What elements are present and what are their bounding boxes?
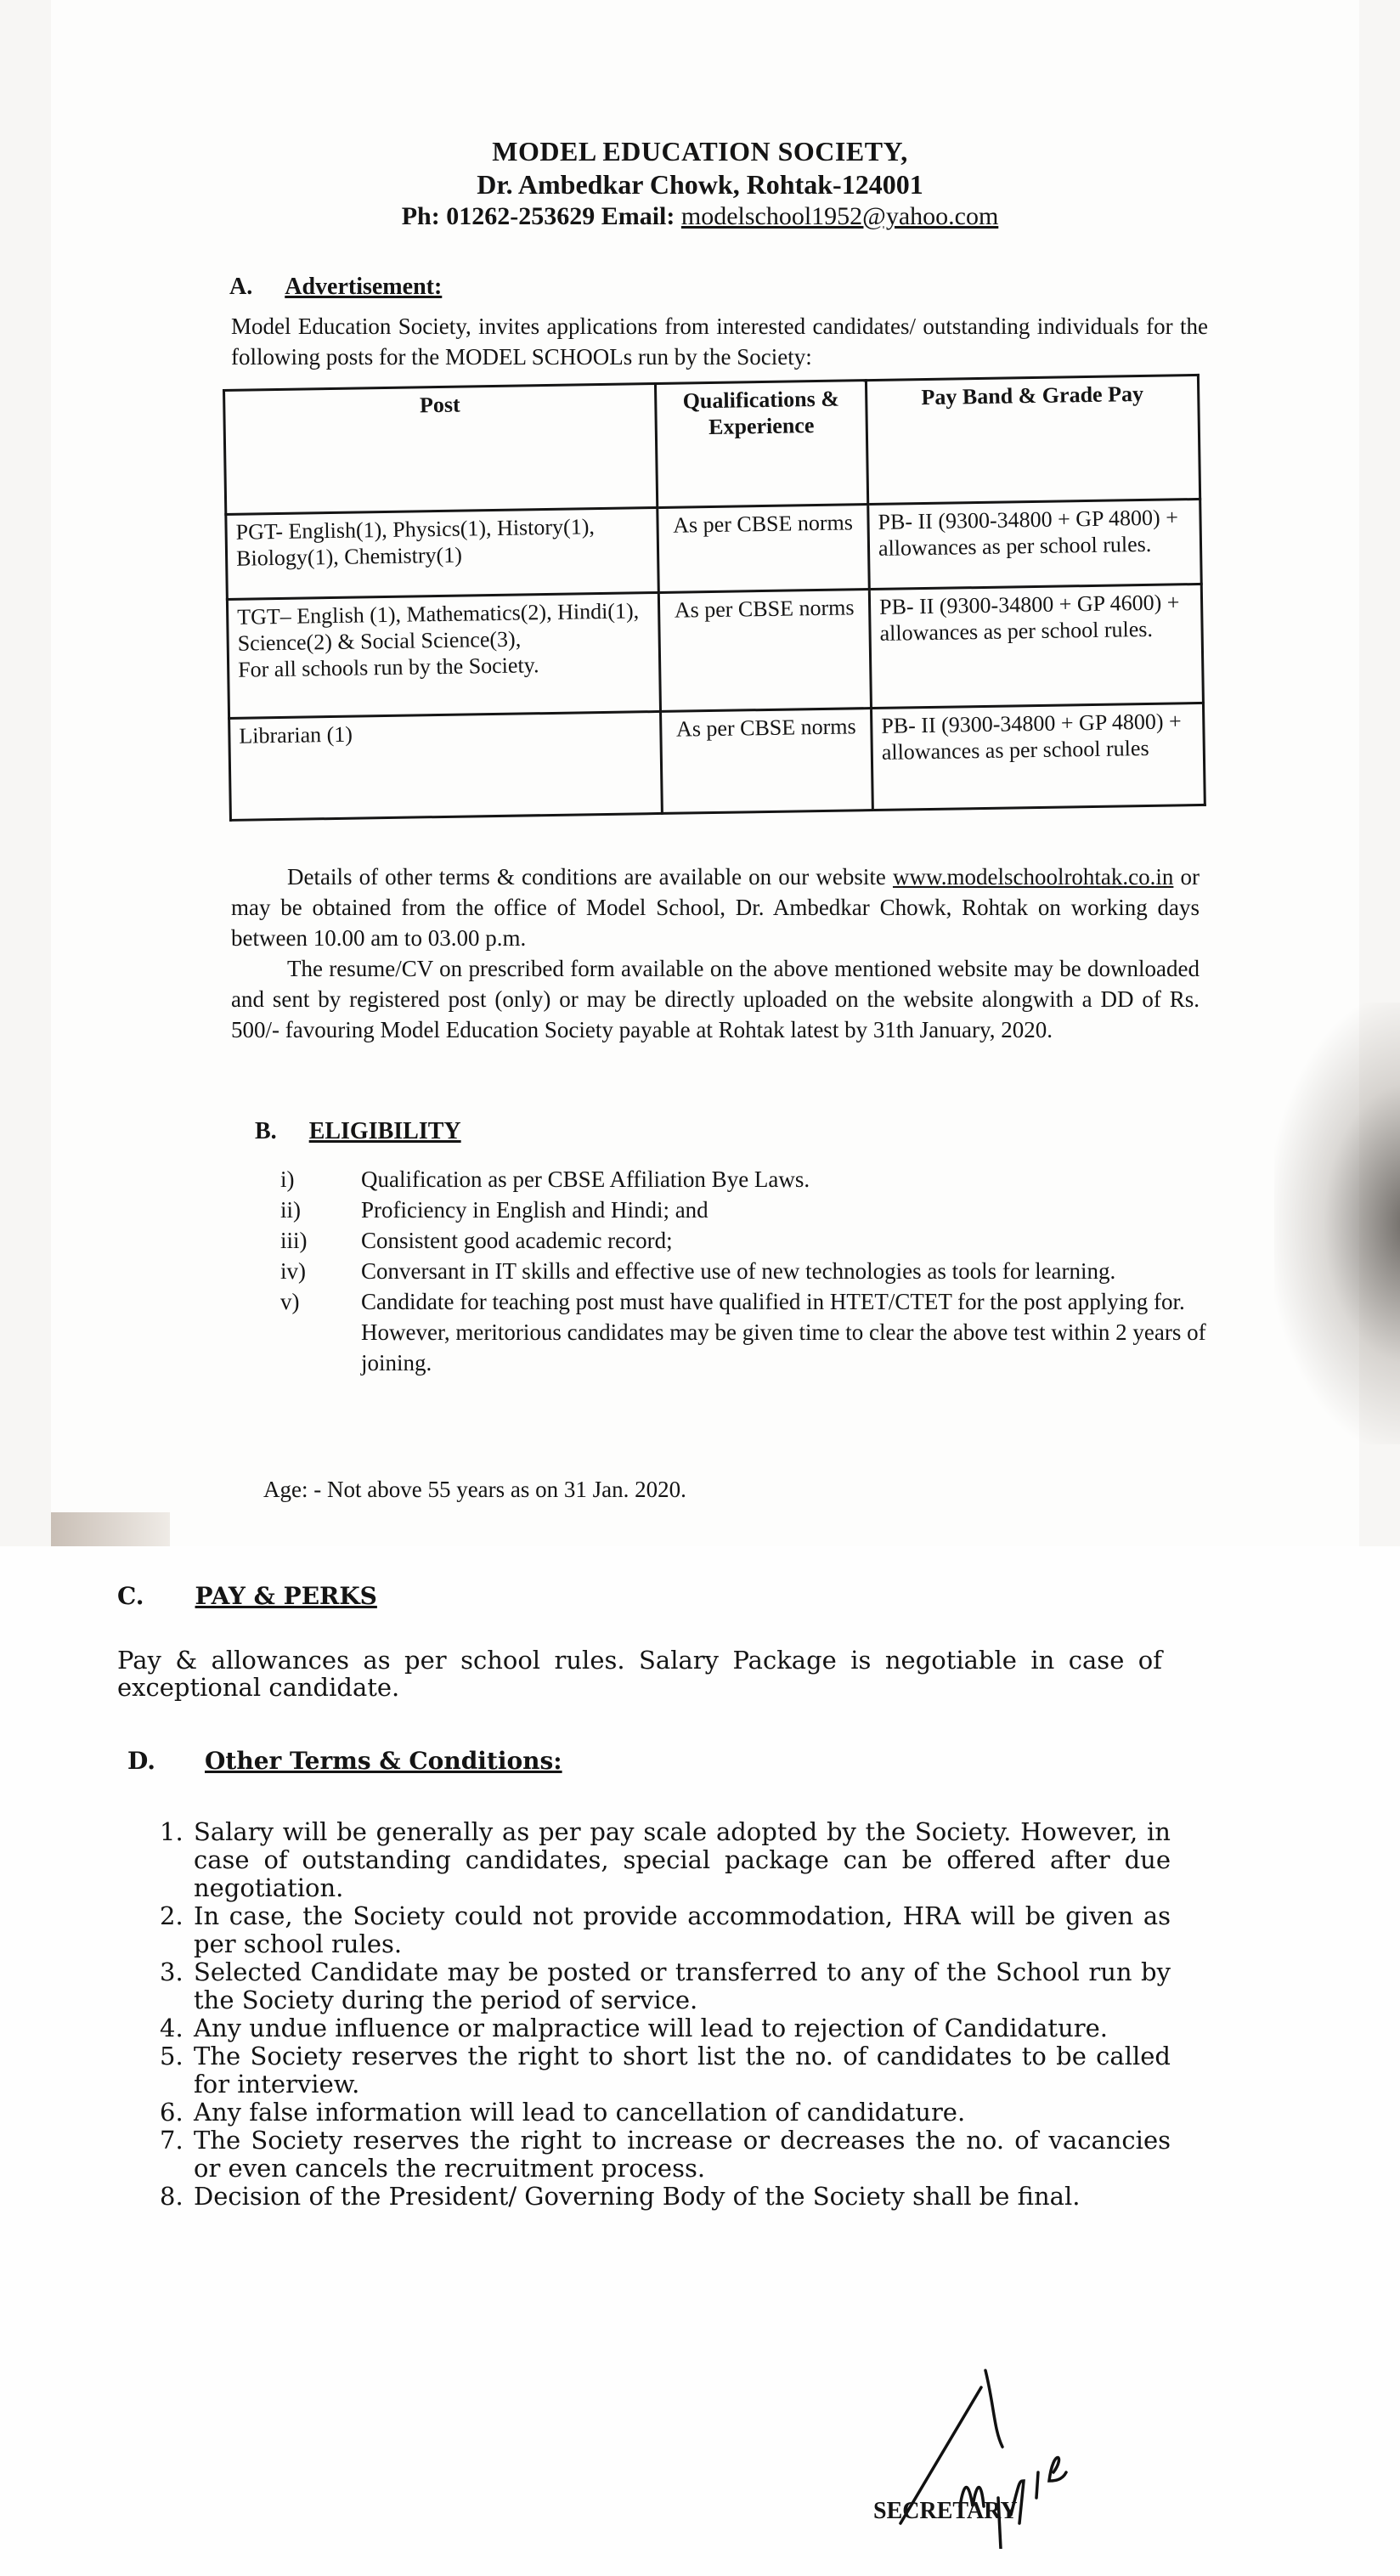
item-text: Any undue influence or malpractice will … [194, 2014, 1108, 2042]
cell-qualification: As per CBSE norms [658, 505, 870, 593]
cell-qualification: As per CBSE norms [661, 709, 873, 814]
item-text: The Society reserves the right to short … [194, 2042, 1171, 2099]
item-number: v) [280, 1286, 361, 1378]
eligibility-item: ii)Proficiency in English and Hindi; and [280, 1195, 1206, 1225]
item-text: The Society reserves the right to increa… [194, 2127, 1171, 2183]
org-contact: Ph: 01262-253629 Email: modelschool1952@… [0, 202, 1400, 231]
section-letter: D. [127, 1747, 155, 1775]
item-text: Conversant in IT skills and effective us… [361, 1256, 1115, 1286]
signatory-title: SECRETARY [873, 2498, 1018, 2525]
details-paragraph: Details of other terms & conditions are … [231, 861, 1200, 1045]
term-item: 1.Salary will be generally as per pay sc… [160, 1818, 1171, 1902]
section-b-heading: B. ELIGIBILITY [255, 1118, 1232, 1145]
item-number: 3. [160, 1958, 194, 2014]
term-item: 3.Selected Candidate may be posted or tr… [160, 1958, 1171, 2014]
item-text: In case, the Society could not provide a… [194, 1902, 1171, 1958]
table-row: Librarian (1) As per CBSE norms PB- II (… [229, 703, 1205, 820]
section-a-heading: A. Advertisement: [231, 274, 1208, 301]
phone-number: 01262-253629 [446, 202, 595, 230]
cell-post: TGT– English (1), Mathematics(2), Hindi(… [227, 592, 660, 718]
eligibility-item: v)Candidate for teaching post must have … [280, 1286, 1206, 1378]
resume-paragraph: The resume/CV on prescribed form availab… [231, 953, 1200, 1045]
item-text: Qualification as per CBSE Affiliation By… [361, 1164, 810, 1195]
eligibility-item: iii)Consistent good academic record; [280, 1225, 1206, 1256]
term-item: 4.Any undue influence or malpractice wil… [160, 2014, 1171, 2042]
item-number: ii) [280, 1195, 361, 1225]
cell-pay: PB- II (9300-34800 + GP 4800) + allowanc… [871, 703, 1205, 810]
eligibility-item: i)Qualification as per CBSE Affiliation … [280, 1164, 1206, 1195]
pay-perks-text: Pay & allowances as per school rules. Sa… [117, 1647, 1162, 1701]
item-text: Decision of the President/ Governing Bod… [194, 2183, 1080, 2211]
term-item: 2.In case, the Society could not provide… [160, 1902, 1171, 1958]
item-number: iii) [280, 1225, 361, 1256]
cell-post: PGT- English(1), Physics(1), History(1),… [226, 507, 659, 599]
table-row: PGT- English(1), Physics(1), History(1),… [226, 499, 1201, 599]
cell-pay: PB- II (9300-34800 + GP 4800) + allowanc… [868, 499, 1202, 589]
table-row: TGT– English (1), Mathematics(2), Hindi(… [227, 584, 1203, 718]
item-text: Salary will be generally as per pay scal… [194, 1818, 1171, 1902]
section-title: PAY & PERKS [195, 1582, 377, 1610]
term-item: 8.Decision of the President/ Governing B… [160, 2183, 1171, 2211]
letterhead: MODEL EDUCATION SOCIETY, Dr. Ambedkar Ch… [0, 136, 1400, 231]
item-number: 4. [160, 2014, 194, 2042]
item-number: 6. [160, 2099, 194, 2127]
cell-post: Librarian (1) [229, 711, 663, 820]
section-letter: A. [229, 274, 252, 301]
phone-label: Ph: [402, 202, 440, 230]
section-letter: C. [117, 1582, 144, 1610]
item-number: 2. [160, 1902, 194, 1958]
cell-qualification: As per CBSE norms [658, 590, 871, 712]
email-link[interactable]: modelschool1952@yahoo.com [681, 202, 998, 230]
eligibility-list: i)Qualification as per CBSE Affiliation … [280, 1164, 1206, 1378]
advertisement-intro: Model Education Society, invites applica… [231, 311, 1208, 372]
section-d-heading: D. Other Terms & Conditions: [127, 1747, 1104, 1775]
terms-list: 1.Salary will be generally as per pay sc… [160, 1818, 1171, 2211]
org-address: Dr. Ambedkar Chowk, Rohtak-124001 [0, 169, 1400, 201]
item-text: Any false information will lead to cance… [194, 2099, 965, 2127]
item-number: 7. [160, 2127, 194, 2183]
website-link[interactable]: www.modelschoolrohtak.co.in [893, 864, 1173, 890]
section-letter: B. [255, 1118, 277, 1145]
item-number: 5. [160, 2042, 194, 2099]
org-name: MODEL EDUCATION SOCIETY, [0, 136, 1400, 167]
item-text: Consistent good academic record; [361, 1225, 673, 1256]
item-number: 8. [160, 2183, 194, 2211]
table-header-row: Post Qualifications & Experience Pay Ban… [224, 375, 1200, 514]
page-fold-shadow [51, 1512, 170, 1546]
term-item: 7.The Society reserves the right to incr… [160, 2127, 1171, 2183]
item-number: iv) [280, 1256, 361, 1286]
item-number: 1. [160, 1818, 194, 1902]
email-label: Email: [601, 202, 675, 230]
section-title: Advertisement: [285, 274, 442, 301]
item-number: i) [280, 1164, 361, 1195]
item-text: Selected Candidate may be posted or tran… [194, 1958, 1171, 2014]
header-post: Post [224, 383, 658, 514]
term-item: 6.Any false information will lead to can… [160, 2099, 1171, 2127]
posts-table: Post Qualifications & Experience Pay Ban… [223, 374, 1206, 822]
header-qualifications: Qualifications & Experience [655, 381, 867, 508]
item-text: Candidate for teaching post must have qu… [361, 1286, 1206, 1378]
section-title: ELIGIBILITY [309, 1118, 461, 1145]
header-pay-band: Pay Band & Grade Pay [866, 375, 1200, 504]
age-limit: Age: - Not above 55 years as on 31 Jan. … [263, 1474, 1240, 1505]
item-text: Proficiency in English and Hindi; and [361, 1195, 708, 1225]
term-item: 5.The Society reserves the right to shor… [160, 2042, 1171, 2099]
section-title: Other Terms & Conditions: [205, 1747, 562, 1775]
cell-post-note: For all schools run by the Society. [238, 650, 650, 683]
eligibility-item: iv)Conversant in IT skills and effective… [280, 1256, 1206, 1286]
cell-pay: PB- II (9300-34800 + GP 4600) + allowanc… [869, 584, 1203, 708]
section-c-heading: C. PAY & PERKS [117, 1582, 1094, 1610]
